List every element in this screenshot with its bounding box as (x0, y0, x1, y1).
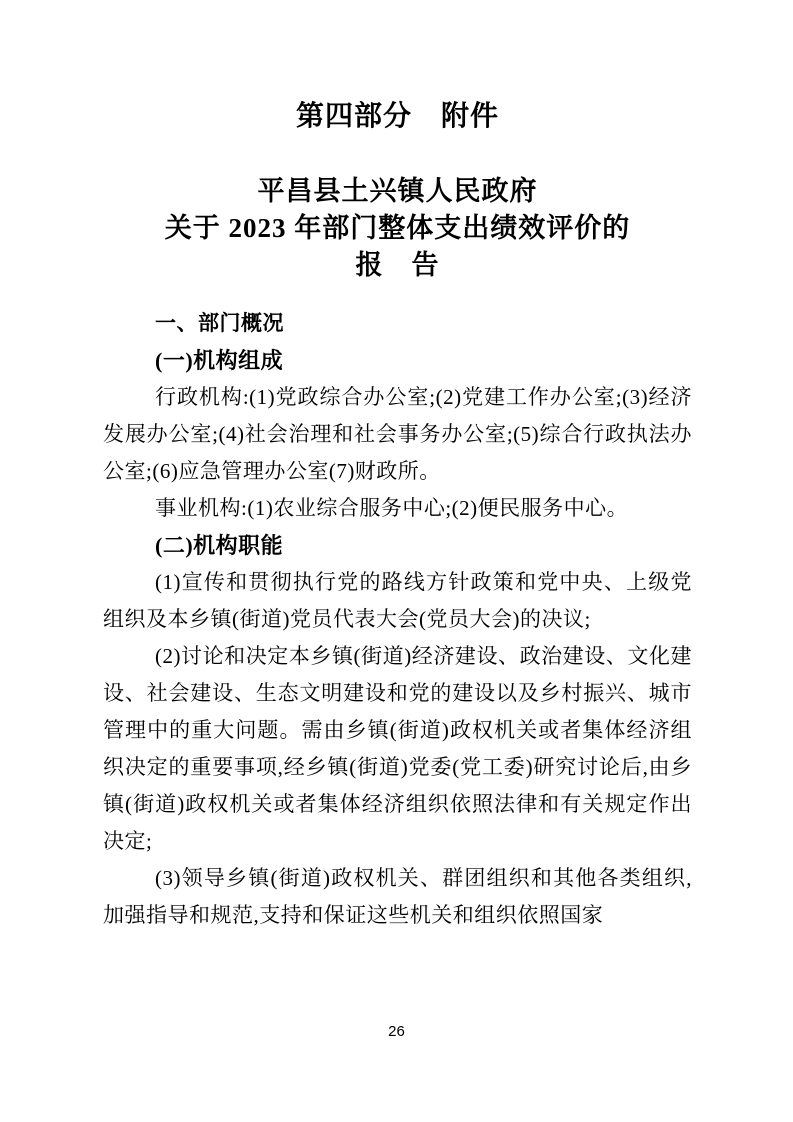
paragraph-administrative-organs: 行政机构:(1)党政综合办公室;(2)党建工作办公室;(3)经济发展办公室;(4… (103, 379, 692, 490)
heading-organization-functions: (二)机构职能 (103, 527, 692, 564)
report-title-line3: 报 告 (103, 247, 692, 284)
report-title: 平昌县土兴镇人民政府 关于 2023 年部门整体支出绩效评价的 报 告 (103, 173, 692, 284)
paragraph-function-1: (1)宣传和贯彻执行党的路线方针政策和党中央、上级党组织及本乡镇(街道)党员代表… (103, 564, 692, 638)
document-page: 第四部分 附件 平昌县土兴镇人民政府 关于 2023 年部门整体支出绩效评价的 … (0, 0, 793, 1122)
page-number: 26 (0, 1023, 793, 1041)
paragraph-public-institutions: 事业机构:(1)农业综合服务中心;(2)便民服务中心。 (103, 490, 692, 527)
paragraph-function-3: (3)领导乡镇(街道)政权机关、群团组织和其他各类组织,加强指导和规范,支持和保… (103, 860, 692, 934)
report-title-line2: 关于 2023 年部门整体支出绩效评价的 (103, 210, 692, 247)
report-title-line1: 平昌县土兴镇人民政府 (103, 173, 692, 210)
paragraph-function-2: (2)讨论和决定本乡镇(街道)经济建设、政治建设、文化建设、社会建设、生态文明建… (103, 638, 692, 860)
section-heading: 第四部分 附件 (103, 100, 692, 132)
heading-organization-composition: (一)机构组成 (103, 342, 692, 379)
document-body: 一、部门概况 (一)机构组成 行政机构:(1)党政综合办公室;(2)党建工作办公… (103, 305, 692, 934)
heading-department-overview: 一、部门概况 (103, 305, 692, 342)
